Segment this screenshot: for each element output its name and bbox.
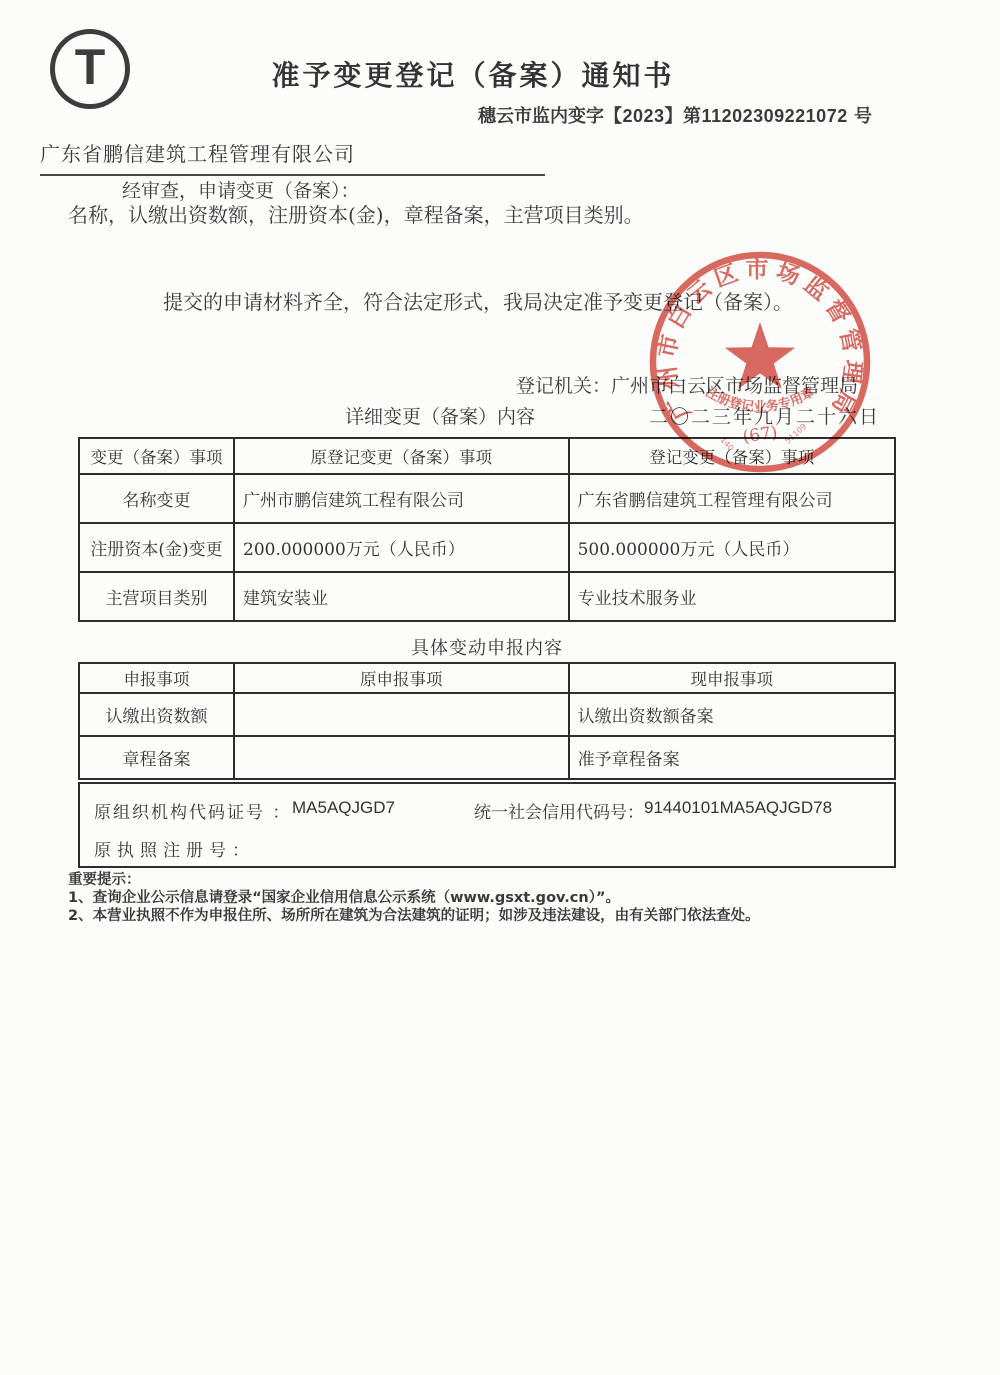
declare-row-charter-current: 准予章程备案 (569, 736, 895, 779)
declare-table-header-row: 申报事项 原申报事项 现申报事项 (79, 663, 895, 693)
authority-label: 登记机关： (516, 375, 611, 397)
declare-row-capital-current: 认缴出资数额备案 (569, 693, 895, 736)
declare-table: 申报事项 原申报事项 现申报事项 认缴出资数额 认缴出资数额备案 章程备案 准予… (78, 662, 896, 780)
table-row: 认缴出资数额 认缴出资数额备案 (79, 693, 895, 736)
table-row: 名称变更 广州市鹏信建筑工程有限公司 广东省鹏信建筑工程管理有限公司 (79, 474, 895, 523)
note-1: 1、查询企业公示信息请登录“国家企业信用信息公示系统（www.gsxt.gov.… (68, 889, 928, 907)
table-row: 主营项目类别 建筑安装业 专业技术服务业 (79, 572, 895, 621)
declare-row-capital-original (234, 693, 569, 736)
authority-name: 广州市白云区市场监督管理局 (611, 375, 858, 397)
change-row-name-original: 广州市鹏信建筑工程有限公司 (234, 474, 569, 523)
credit-code-label: 统一社会信用代码号： (474, 798, 644, 823)
change-row-name-registered: 广东省鹏信建筑工程管理有限公司 (569, 474, 895, 523)
change-table-header-registered: 登记变更（备案）事项 (569, 438, 895, 474)
detail-section-title: 详细变更（备案）内容 (345, 402, 535, 429)
change-row-capital-original: 200.000000万元（人民币） (234, 523, 569, 572)
codes-box: 原组织机构代码证号 ： MA5AQJGD7 统一社会信用代码号： 9144010… (78, 782, 896, 868)
note-2: 2、本营业执照不作为申报住所、场所所在建筑为合法建筑的证明；如涉及违法建设，由有… (68, 907, 928, 925)
company-name: 广东省鹏信建筑工程管理有限公司 (40, 138, 545, 176)
change-table: 变更（备案）事项 原登记变更（备案）事项 登记变更（备案）事项 名称变更 广州市… (78, 437, 896, 622)
notes-title: 重要提示： (68, 871, 928, 889)
declare-table-header-current: 现申报事项 (569, 663, 895, 693)
table-row: 注册资本(金)变更 200.000000万元（人民币） 500.000000万元… (79, 523, 895, 572)
change-row-capital-registered: 500.000000万元（人民币） (569, 523, 895, 572)
change-row-business-original: 建筑安装业 (234, 572, 569, 621)
change-row-business-item: 主营项目类别 (79, 572, 234, 621)
svg-text:广州市白云区市场监督管理局: 广州市白云区市场监督管理局 (653, 256, 867, 424)
document-date: 二〇二三年九月二十六日 (649, 402, 880, 429)
change-table-header-row: 变更（备案）事项 原登记变更（备案）事项 登记变更（备案）事项 (79, 438, 895, 474)
document-number: 穗云市监内变字【2023】第11202309221072 号 (478, 102, 872, 128)
declare-row-charter-item: 章程备案 (79, 736, 234, 779)
change-row-capital-item: 注册资本(金)变更 (79, 523, 234, 572)
declare-table-header-item: 申报事项 (79, 663, 234, 693)
change-row-business-registered: 专业技术服务业 (569, 572, 895, 621)
credit-code-value: 91440101MA5AQJGD78 (644, 798, 832, 818)
important-notes: 重要提示： 1、查询企业公示信息请登录“国家企业信用信息公示系统（www.gsx… (68, 871, 928, 925)
document-number-strong: 【2023】第11202309221072 (604, 106, 848, 126)
seal-ring-text: 广州市白云区市场监督管理局 (653, 256, 867, 424)
document-number-prefix: 穗云市监内变字 (478, 106, 604, 127)
registration-authority-line: 登记机关：广州市白云区市场监督管理局 (516, 371, 858, 398)
change-row-name-item: 名称变更 (79, 474, 234, 523)
approval-line: 提交的申请材料齐全，符合法定形式，我局决定准予变更登记（备案）。 (163, 286, 793, 315)
declare-section-title: 具体变动申报内容 (78, 634, 896, 660)
license-number-label: 原执照注册号： (94, 836, 255, 861)
change-table-header-original: 原登记变更（备案）事项 (234, 438, 569, 474)
declare-row-capital-item: 认缴出资数额 (79, 693, 234, 736)
org-code-label: 原组织机构代码证号 ： (94, 798, 291, 823)
change-items-line: 名称，认缴出资数额，注册资本(金)，章程备案，主营项目类别。 (68, 199, 644, 228)
org-code-value: MA5AQJGD7 (292, 798, 395, 818)
notice-document-page: T 准予变更登记（备案）通知书 穗云市监内变字【2023】第1120230922… (0, 0, 1000, 1375)
table-row: 章程备案 准予章程备案 (79, 736, 895, 779)
page-title: 准予变更登记（备案）通知书 (0, 54, 946, 94)
change-table-header-item: 变更（备案）事项 (79, 438, 234, 474)
declare-row-charter-original (234, 736, 569, 779)
declare-table-header-original: 原申报事项 (234, 663, 569, 693)
document-number-suffix: 号 (848, 106, 872, 127)
